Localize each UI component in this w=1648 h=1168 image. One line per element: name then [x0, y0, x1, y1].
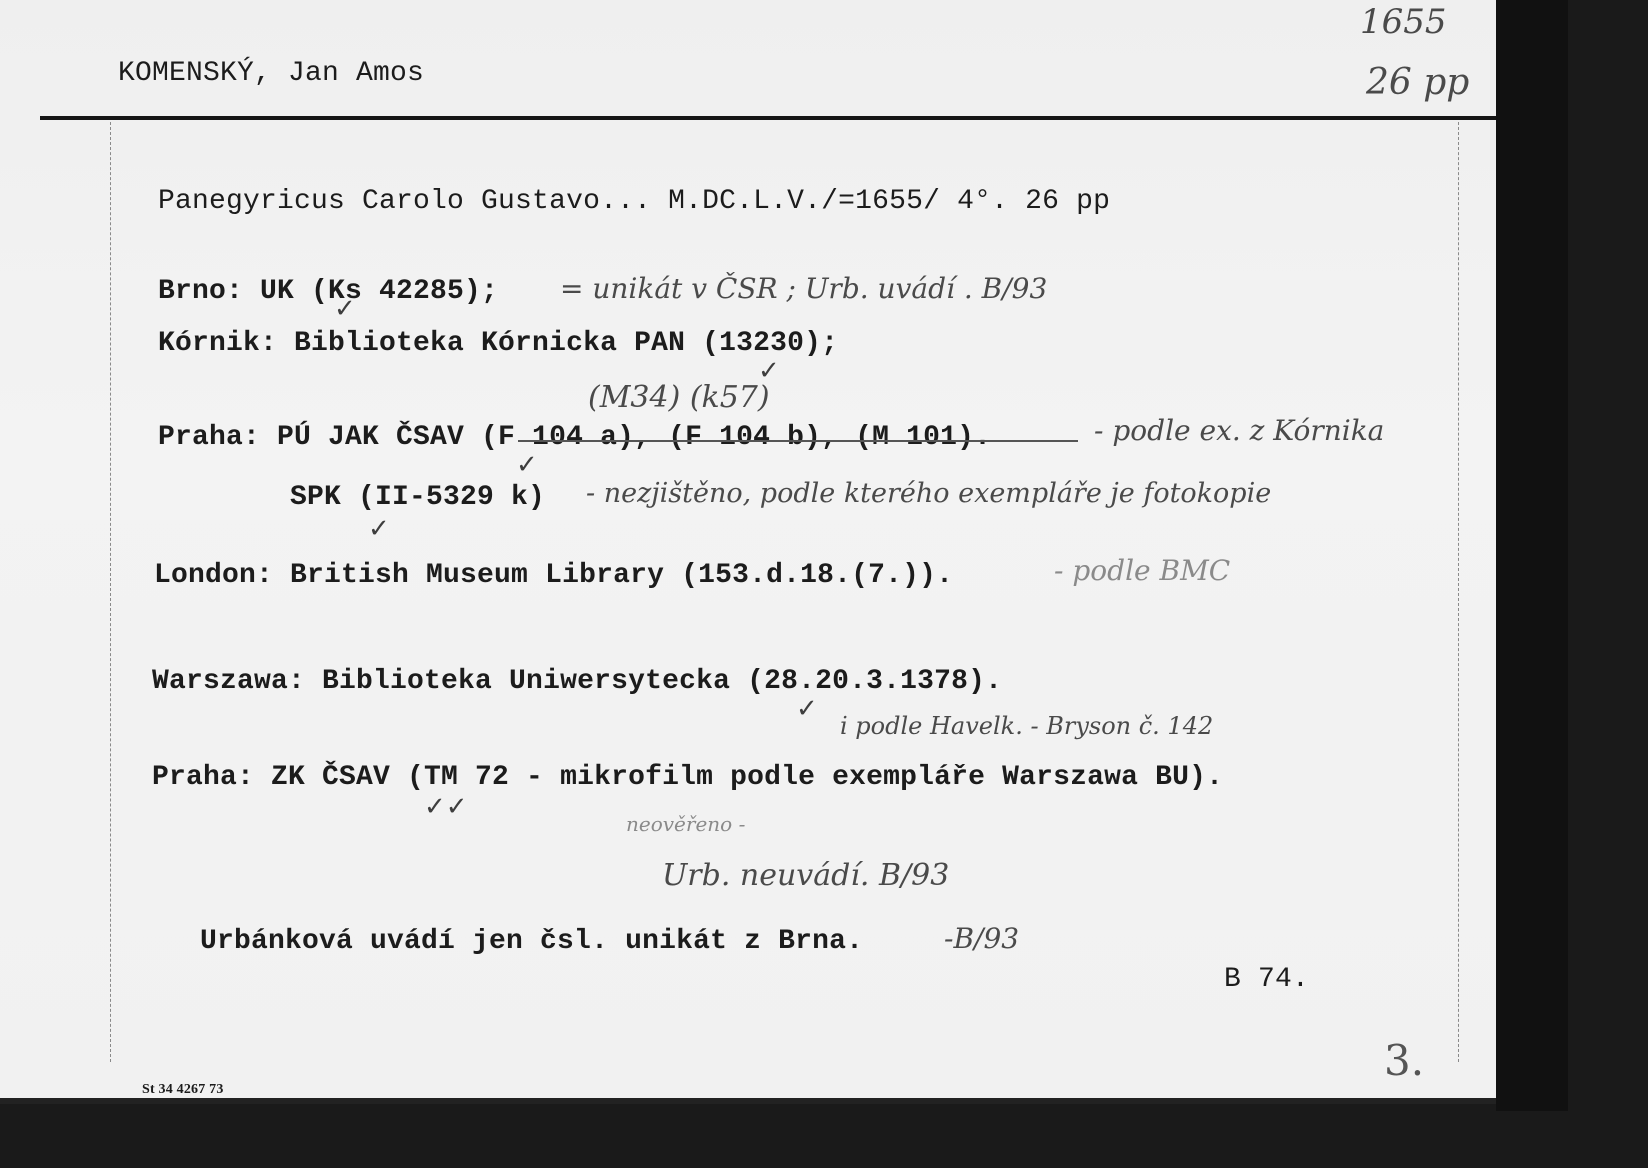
- holding-praha-spk-note: - nezjištěno, podle kterého exempláře je…: [586, 478, 1271, 509]
- print-code: St 34 4267 73: [142, 1082, 224, 1098]
- check-mark-icon: ✓: [796, 694, 818, 724]
- reference: B 74.: [1224, 964, 1309, 995]
- holding-london-note: - podle BMC: [1054, 554, 1230, 587]
- holding-london: London: British Museum Library (153.d.18…: [154, 560, 953, 591]
- holding-brno-note: = unikát v ČSR ; Urb. uvádí . B/93: [560, 272, 1047, 305]
- check-mark-icon: ✓✓: [424, 792, 468, 822]
- holding-warszawa-note: i podle Havelk. - Bryson č. 142: [840, 712, 1213, 740]
- catalog-card: KOMENSKÝ, Jan Amos 1655 26 pp Panegyricu…: [0, 0, 1496, 1104]
- holding-praha-zk: Praha: ZK ČSAV (TM 72 - mikrofilm podle …: [152, 762, 1223, 793]
- holding-praha-pu-above: (M34) (k57): [588, 380, 770, 415]
- right-margin-line: [1458, 122, 1459, 1062]
- check-mark-icon: ✓: [368, 514, 390, 544]
- holding-kornik: Kórnik: Biblioteka Kórnicka PAN (13230);: [158, 328, 838, 359]
- holding-praha-zk-note: neověřeno -: [626, 812, 745, 836]
- strikethrough-line: [518, 440, 1078, 442]
- heading-rule: [40, 116, 1496, 120]
- title-line: Panegyricus Carolo Gustavo... M.DC.L.V./…: [158, 186, 1110, 217]
- holding-praha-pu-note: - podle ex. z Kórnika: [1094, 414, 1384, 447]
- check-mark-icon: ✓: [334, 294, 356, 324]
- left-margin-line: [110, 122, 111, 1062]
- scan-border: [1496, 0, 1568, 1111]
- card-heading: KOMENSKÝ, Jan Amos: [118, 58, 424, 89]
- card-number: 3.: [1384, 1036, 1424, 1085]
- holding-praha-spk: SPK (II-5329 k): [290, 482, 545, 513]
- holding-brno: Brno: UK (Ks 42285);: [158, 276, 498, 307]
- holding-warszawa: Warszawa: Biblioteka Uniwersytecka (28.2…: [152, 666, 1002, 697]
- handwritten-remark: Urb. neuvádí. B/93: [662, 858, 949, 893]
- holding-praha-pu: Praha: PÚ JAK ČSAV (F 104 a), (F 104 b),…: [158, 422, 991, 453]
- check-mark-icon: ✓: [516, 450, 538, 480]
- corner-note-year: 1655: [1360, 2, 1447, 42]
- footnote: Urbánková uvádí jen čsl. unikát z Brna.: [200, 926, 863, 957]
- footnote-hand: -B/93: [944, 922, 1019, 955]
- corner-note-pages: 26 pp: [1366, 62, 1469, 103]
